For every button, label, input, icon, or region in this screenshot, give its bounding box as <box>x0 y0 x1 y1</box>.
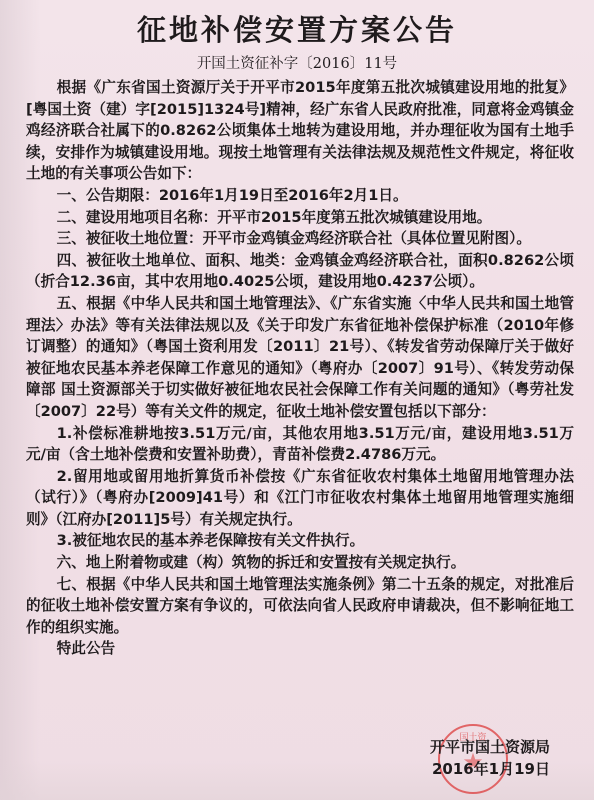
item-4-paragraph: 四、被征收土地单位、面积、地类：金鸡镇金鸡经济联合社，面积0.8262公顷（折合… <box>26 250 574 293</box>
item-2-paragraph: 二、建设用地项目名称：开平市2015年度第五批次城镇建设用地。 <box>26 207 574 229</box>
document-title: 征地补偿安置方案公告 <box>0 8 594 49</box>
intro-paragraph: 根据《广东省国土资源厅关于开平市2015年度第五批次城镇建设用地的批复》[粤国土… <box>26 77 574 185</box>
document-body: 根据《广东省国土资源厅关于开平市2015年度第五批次城镇建设用地的批复》[粤国土… <box>26 77 574 660</box>
item-1-paragraph: 一、公告期限：2016年1月19日至2016年2月1日。 <box>26 185 574 207</box>
item-5-3-paragraph: 3.被征地农民的基本养老保障按有关文件执行。 <box>26 530 574 552</box>
item-3-paragraph: 三、被征收土地位置：开平市金鸡镇金鸡经济联合社（具体位置见附图）。 <box>26 228 574 250</box>
item-5-1-paragraph: 1.补偿标准耕地按3.51万元/亩，其他农用地3.51万元/亩，建设用地3.51… <box>26 423 574 466</box>
issue-date: 2016年1月19日 <box>388 758 578 780</box>
item-5-paragraph: 五、根据《中华人民共和国土地管理法》、《广东省实施〈中华人民共和国土地管理法〉办… <box>26 293 574 423</box>
document-number: 开国土资征补字〔2016〕11号 <box>0 52 594 73</box>
item-6-paragraph: 六、地上附着物或建（构）筑物的拆迁和安置按有关规定执行。 <box>26 552 574 574</box>
item-5-2-paragraph: 2.留用地或留用地折算货币补偿按《广东省征收农村集体土地留用地管理办法（试行）》… <box>26 466 574 531</box>
issuer-name: 开平市国土资源局 <box>388 736 578 758</box>
signature-block: 开平市国土资源局 2016年1月19日 <box>388 736 578 780</box>
document-page: 征地补偿安置方案公告 开国土资征补字〔2016〕11号 根据《广东省国土资源厅关… <box>0 0 594 800</box>
item-7-paragraph: 七、根据《中华人民共和国土地管理法实施条例》第二十五条的规定，对批准后的征收土地… <box>26 574 574 639</box>
closing-paragraph: 特此公告 <box>26 638 574 660</box>
